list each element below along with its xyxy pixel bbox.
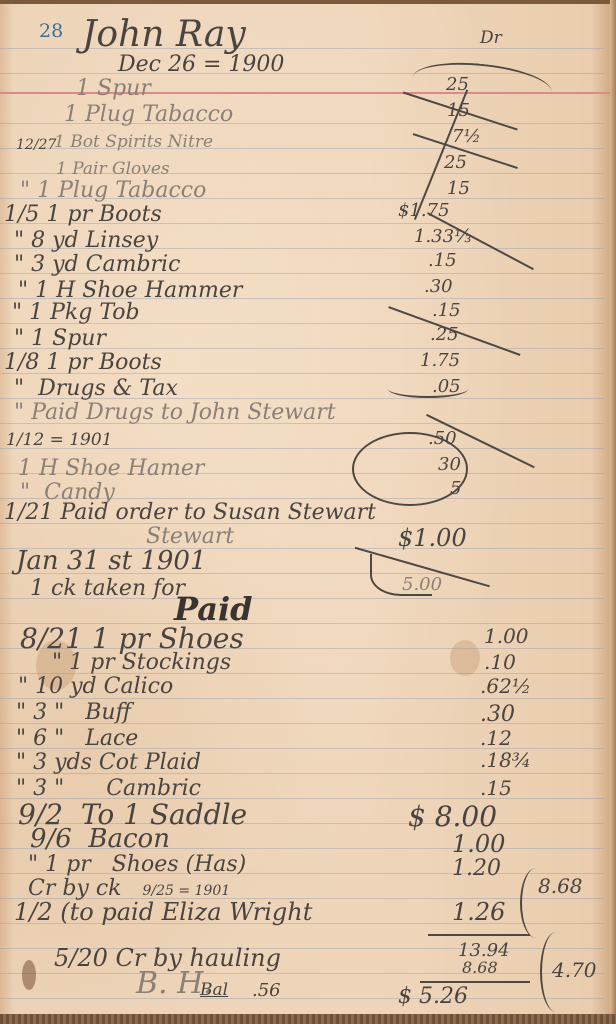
entry-row: 1/8 1 pr Boots: [4, 350, 162, 375]
entry-row: 1 Spur: [76, 76, 151, 101]
entry-amount: 7½: [452, 126, 481, 147]
balance-amount: .56: [252, 980, 281, 1001]
entry-amount: $ 8.00: [408, 800, 497, 833]
sum-underline: [428, 934, 530, 938]
entry-row: " 1 Pkg Tob: [12, 300, 140, 325]
entry-date: 12/27: [16, 137, 56, 153]
debit-marker: Dr: [480, 28, 502, 48]
settled-circle-mark: [352, 432, 468, 506]
entry-row: " 3 yd Cambric: [14, 252, 180, 277]
entry-row: " Drugs & Tax: [14, 376, 178, 401]
binding-top-edge: [0, 0, 616, 4]
credit-amount: 1.26: [452, 898, 505, 926]
ruled-line: [0, 998, 604, 999]
entry-amount: 1.75: [420, 350, 460, 371]
paper-stain: [22, 960, 36, 990]
entry-continuation: Stewart: [146, 524, 234, 549]
credit-row: 1/2 (to paid Eliza Wright: [14, 898, 312, 926]
entry-row: 9/6 Bacon: [30, 824, 170, 854]
paper-stain: [450, 640, 480, 676]
entry-row: 1/21 Paid order to Susan Stewart: [4, 500, 376, 525]
page-number: 28: [39, 20, 63, 42]
entry-row: " 6 " Lace: [16, 726, 138, 751]
settled-strike-mark: [370, 554, 432, 596]
entry-amount: 15: [447, 178, 470, 199]
entry-row: " 1 pr Stockings: [52, 650, 231, 675]
balance-label: Bal: [200, 980, 228, 1000]
entry-row: " Paid Drugs to John Stewart: [14, 400, 336, 425]
ruled-line: [0, 973, 604, 974]
entry-amount: .10: [484, 650, 516, 674]
entry-row: Jan 31 st 1901: [16, 546, 207, 576]
entry-amount: .12: [480, 726, 512, 750]
credit-subtract: 8.68: [462, 958, 498, 977]
entry-row: " 3 yds Cot Plaid: [16, 750, 201, 775]
entry-amount: $1.00: [398, 524, 467, 552]
entry-row: " 8 yd Linsey: [14, 228, 158, 253]
entry-amount: .18¾: [480, 748, 531, 772]
entry-row: " 10 yd Calico: [18, 674, 173, 699]
entry-row: 1 Bot Spirits Nitre: [54, 132, 213, 152]
bracket-mark: [520, 868, 552, 938]
entry-row: " 1 Spur: [14, 326, 106, 351]
entry-amount: .15: [480, 776, 512, 800]
ledger-page: 28 John Ray Dr Dec 26 = 1900 12/27 1 Spu…: [0, 0, 616, 1024]
entry-amount: 1.00: [484, 624, 529, 648]
book-bottom-edge: [0, 1014, 616, 1024]
entry-row: 1 H Shoe Hamer: [18, 456, 204, 481]
entry-row: 1 Pair Gloves: [56, 159, 170, 179]
entry-row: " 3 " Buff: [16, 700, 131, 725]
entry-amount: .15: [432, 300, 461, 321]
entry-row: 1 ck taken for: [30, 576, 185, 601]
bracket-mark: [540, 932, 572, 1012]
entry-amount: .15: [428, 250, 457, 271]
entry-amount: .30: [480, 702, 515, 727]
entry-row: 1 Plug Tabacco: [64, 102, 233, 127]
entry-amount: 1.33⅓: [414, 226, 472, 247]
entry-row: 1/5 1 pr Boots: [4, 202, 162, 227]
entry-amount: 25: [444, 152, 467, 173]
entry-amount: 1.00: [452, 830, 505, 858]
settled-strike-mark: [388, 380, 468, 398]
entry-amount: .62½: [480, 674, 531, 698]
credit-result: $ 5.26: [398, 984, 468, 1009]
entry-row: " 1 Plug Tabacco: [20, 178, 206, 203]
opening-date: Dec 26 = 1900: [118, 52, 284, 77]
account-name: John Ray: [82, 14, 246, 55]
entry-row: " 1 pr Shoes (Has): [28, 852, 246, 877]
entry-row: 1/12 = 1901: [6, 430, 113, 450]
entry-amount: 1.20: [452, 856, 501, 881]
entry-amount: .30: [424, 276, 453, 297]
page-right-edge: [610, 0, 616, 1024]
